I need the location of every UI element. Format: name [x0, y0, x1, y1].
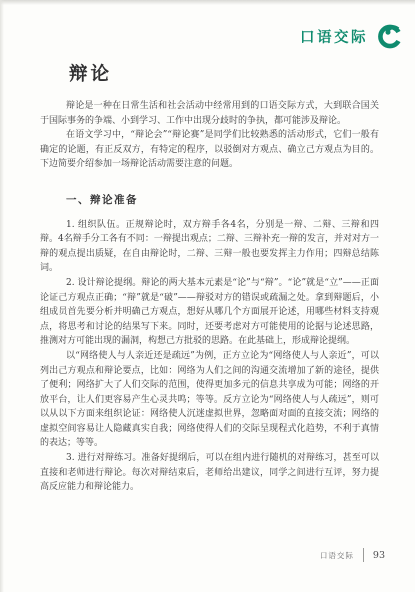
- footer-divider: [363, 548, 364, 562]
- page-number: 93: [373, 550, 385, 561]
- textbook-page: 口语交际 辩论 辩论是一种在日常生活和社会活动中经常用到的口语交际方式，大到联合…: [0, 0, 415, 592]
- step-paragraph-1: 1. 组织队伍。正规辩论时，双方辩手各4名，分别是一辩、二辩、三辩和四辩。4名辩…: [40, 218, 379, 276]
- unit-label: 口语交际: [300, 26, 368, 47]
- step-paragraph-3: 3. 进行对辩练习。准备好提纲后，可以在组内进行随机的对辩练习，甚至可以直接和老…: [40, 451, 379, 495]
- intro-paragraph-1: 辩论是一种在日常生活和社会活动中经常用到的口语交际方式，大到联合国关于国际事务的…: [40, 99, 379, 128]
- scan-edge-top: [0, 0, 415, 5]
- page-title: 辩论: [69, 60, 112, 86]
- page-header: 口语交际: [300, 22, 404, 50]
- page-footer: 口语交际 93: [320, 548, 385, 562]
- scan-edge-left: [0, 0, 4, 592]
- lesson-content: 辩论是一种在日常生活和社会活动中经常用到的口语交际方式，大到联合国关于国际事务的…: [40, 99, 379, 495]
- step-paragraph-2: 2. 设计辩论提纲。辩论的两大基本元素是“论”与“辩”。“论”就是“立”——正面…: [40, 276, 379, 349]
- footer-unit-label: 口语交际: [320, 550, 354, 561]
- example-paragraph: 以“网络使人与人亲近还是疏远”为例，正方立论为“网络使人与人亲近”，可以列出己方…: [40, 349, 379, 451]
- speech-swirl-logo-icon: [377, 22, 404, 50]
- intro-paragraph-2: 在语文学习中，“辩论会”“辩论赛”是同学们比较熟悉的活动形式，它们一般有确定的论…: [40, 128, 379, 172]
- section-heading: 一、辩论准备: [66, 193, 379, 208]
